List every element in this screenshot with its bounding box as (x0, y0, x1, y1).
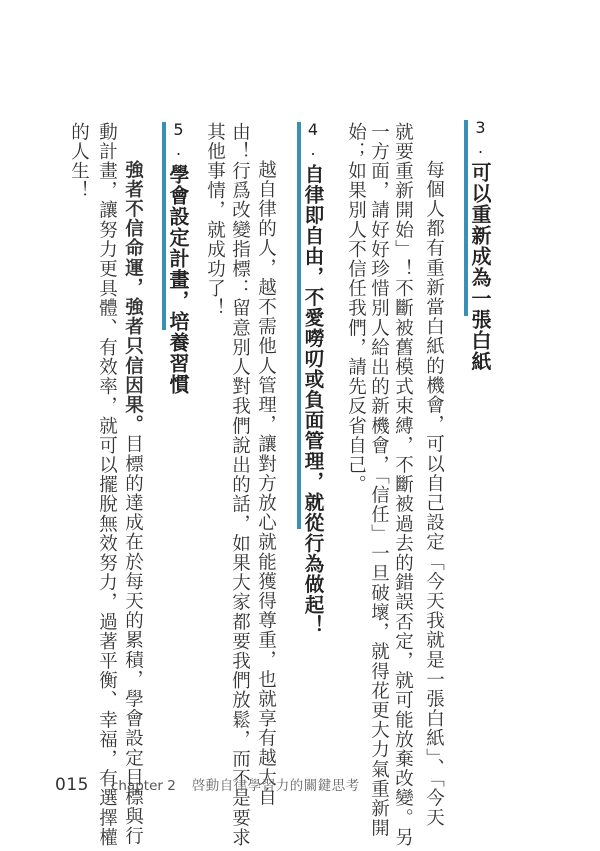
section-3-line-4: 始；如果別人不信任我們，請先反省自己。 (346, 122, 365, 494)
section-4-line-2: 由！行爲改變指標：留意別人對我們說出的話，如果大家都要我們放鬆，而不是要求 (230, 122, 249, 847)
page-footer: 015 chapter 2 啓動自律學習力的關鍵思考 (55, 774, 360, 795)
section-5-line-3: 的人生！ (69, 122, 88, 200)
chapter-label: chapter 2 (111, 778, 176, 794)
section-5-lead-bold: 強者不信命運，強者只信因果。 (123, 160, 144, 434)
section-4-accent-bar (297, 122, 301, 529)
section-5-line-1: 強者不信命運，強者只信因果。目標的達成在於每天的累積，學會設定目標與行 (123, 160, 142, 846)
section-5-heading: 5.學會設定計畫，培養習慣 (168, 120, 188, 395)
chapter-title: 啓動自律學習力的關鍵思考 (192, 774, 360, 794)
section-4-title: 自律即自由，不愛嘮叨或負面管理，就從行為做起！ (302, 164, 325, 636)
section-3-line-3: 一方面，請好好珍惜別人給出的新機會，「信任」一旦破壞，就得花更大力氣重新開 (369, 122, 388, 838)
page-number: 015 (55, 775, 89, 795)
section-5-title: 學會設定計畫，培養習慣 (166, 164, 190, 395)
section-5-number: 5. (170, 120, 186, 160)
section-3-title: 可以重新成為一張白紙 (468, 162, 492, 372)
section-5-line-2: 動計畫，讓努力更具體、有效率，就可以擺脫無效努力，過著平衡、幸福，有選擇權 (97, 122, 116, 847)
section-4-number: 4. (305, 120, 321, 160)
section-3-line-1: 每個人都有重新當白紙的機會，可以自己設定「今天我就是一張白紙」、「今天 (424, 160, 443, 828)
section-3-line-2: 就要重新開始」！不斷被舊模式束縛，不斷被過去的錯誤否定，就可能放棄改變。另 (393, 122, 412, 847)
section-3-heading: 3.可以重新成為一張白紙 (470, 118, 490, 372)
section-3-number: 3. (472, 118, 488, 158)
section-4-heading: 4.自律即自由，不愛嘮叨或負面管理，就從行為做起！ (303, 120, 323, 636)
section-4-line-3: 其他事情，就成功了！ (205, 122, 224, 318)
section-4-line-1: 越自律的人，越不需他人管理，讓對方放心就能獲得尊重，也就享有越大自 (256, 160, 275, 807)
